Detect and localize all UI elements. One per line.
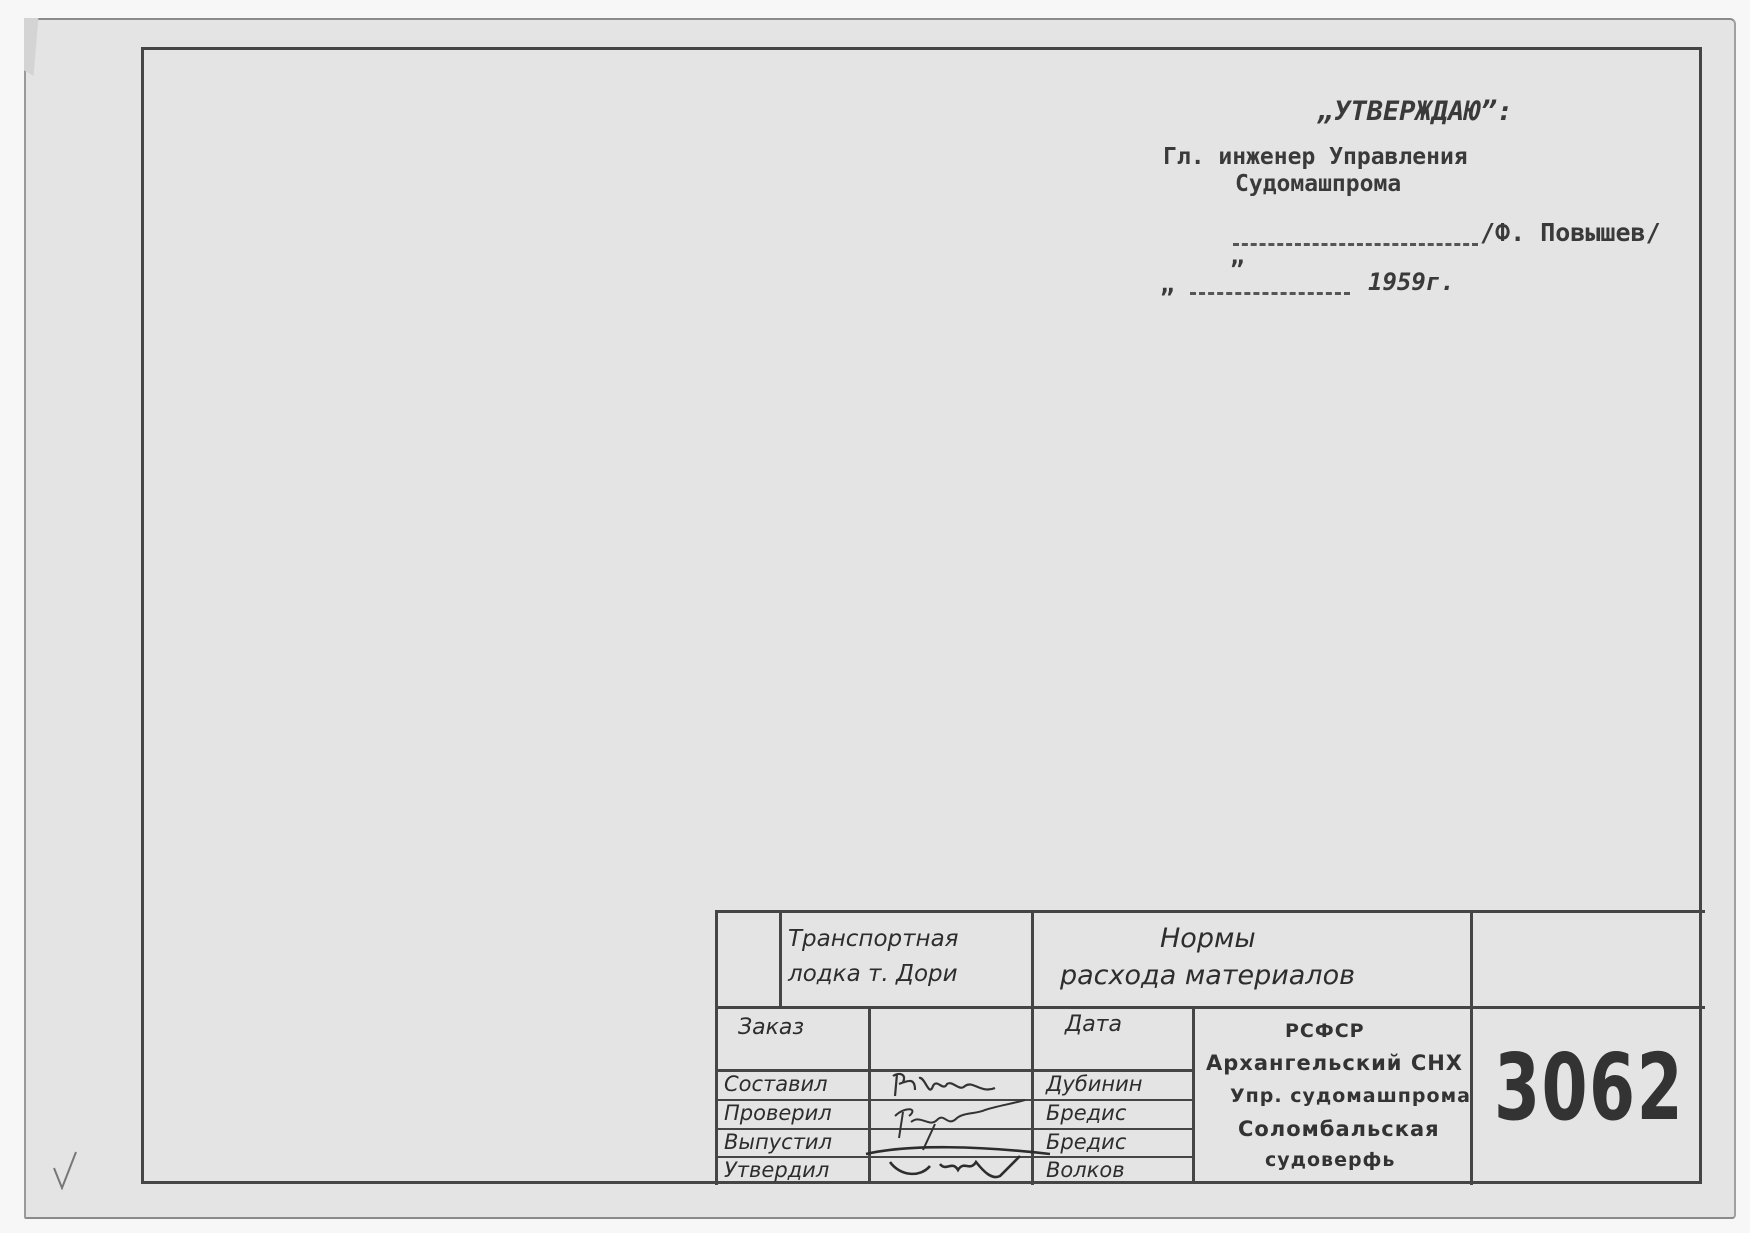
document-title-line2: расхода материалов <box>1060 962 1355 989</box>
role-label: Выпустил <box>724 1132 832 1153</box>
org-line1: РСФСР <box>1285 1022 1365 1041</box>
role-name: Бредис <box>1046 1103 1126 1124</box>
approval-signatory: /Ф. Повышев/ <box>1480 220 1661 245</box>
order-label: Заказ <box>738 1017 804 1039</box>
approval-position-line2: Судомашпрома <box>1235 173 1401 196</box>
approval-position-line1: Гл. инженер Управления <box>1163 146 1468 169</box>
date-line <box>1190 292 1350 295</box>
role-label: Проверил <box>724 1103 832 1124</box>
approval-year: 1959г. <box>1368 270 1455 294</box>
role-name: Дубинин <box>1046 1074 1143 1095</box>
object-cell-divider <box>779 910 782 1008</box>
org-line3: Упр. судомашпрома <box>1230 1087 1471 1106</box>
check-mark-icon <box>52 1150 78 1190</box>
org-line5: судоверфь <box>1265 1151 1395 1170</box>
signature-volkov <box>860 1142 1060 1186</box>
title-block-row-divider <box>715 1006 1705 1009</box>
date-open-quote: „ <box>1160 272 1174 296</box>
title-block-top <box>715 910 1705 913</box>
title-block-left <box>715 910 718 1185</box>
date-label: Дата <box>1065 1014 1122 1036</box>
drawing-number: 3062 <box>1494 1042 1684 1134</box>
signature-line <box>1233 243 1478 246</box>
role-label: Утвердил <box>724 1160 829 1181</box>
document-title-line1: Нормы <box>1160 925 1256 952</box>
number-col-divider <box>1470 910 1473 1185</box>
object-name-line2: лодка т. Дори <box>788 963 958 986</box>
approval-heading: „УТВЕРЖДАЮ”: <box>1318 98 1513 125</box>
role-label: Составил <box>724 1074 828 1095</box>
object-name-line1: Транспортная <box>788 928 959 951</box>
date-close-quote: ” <box>1230 258 1244 282</box>
org-line4: Соломбальская <box>1238 1119 1440 1140</box>
org-line2: Архангельский СНХ <box>1206 1053 1463 1074</box>
drawing-frame <box>141 47 1702 1184</box>
